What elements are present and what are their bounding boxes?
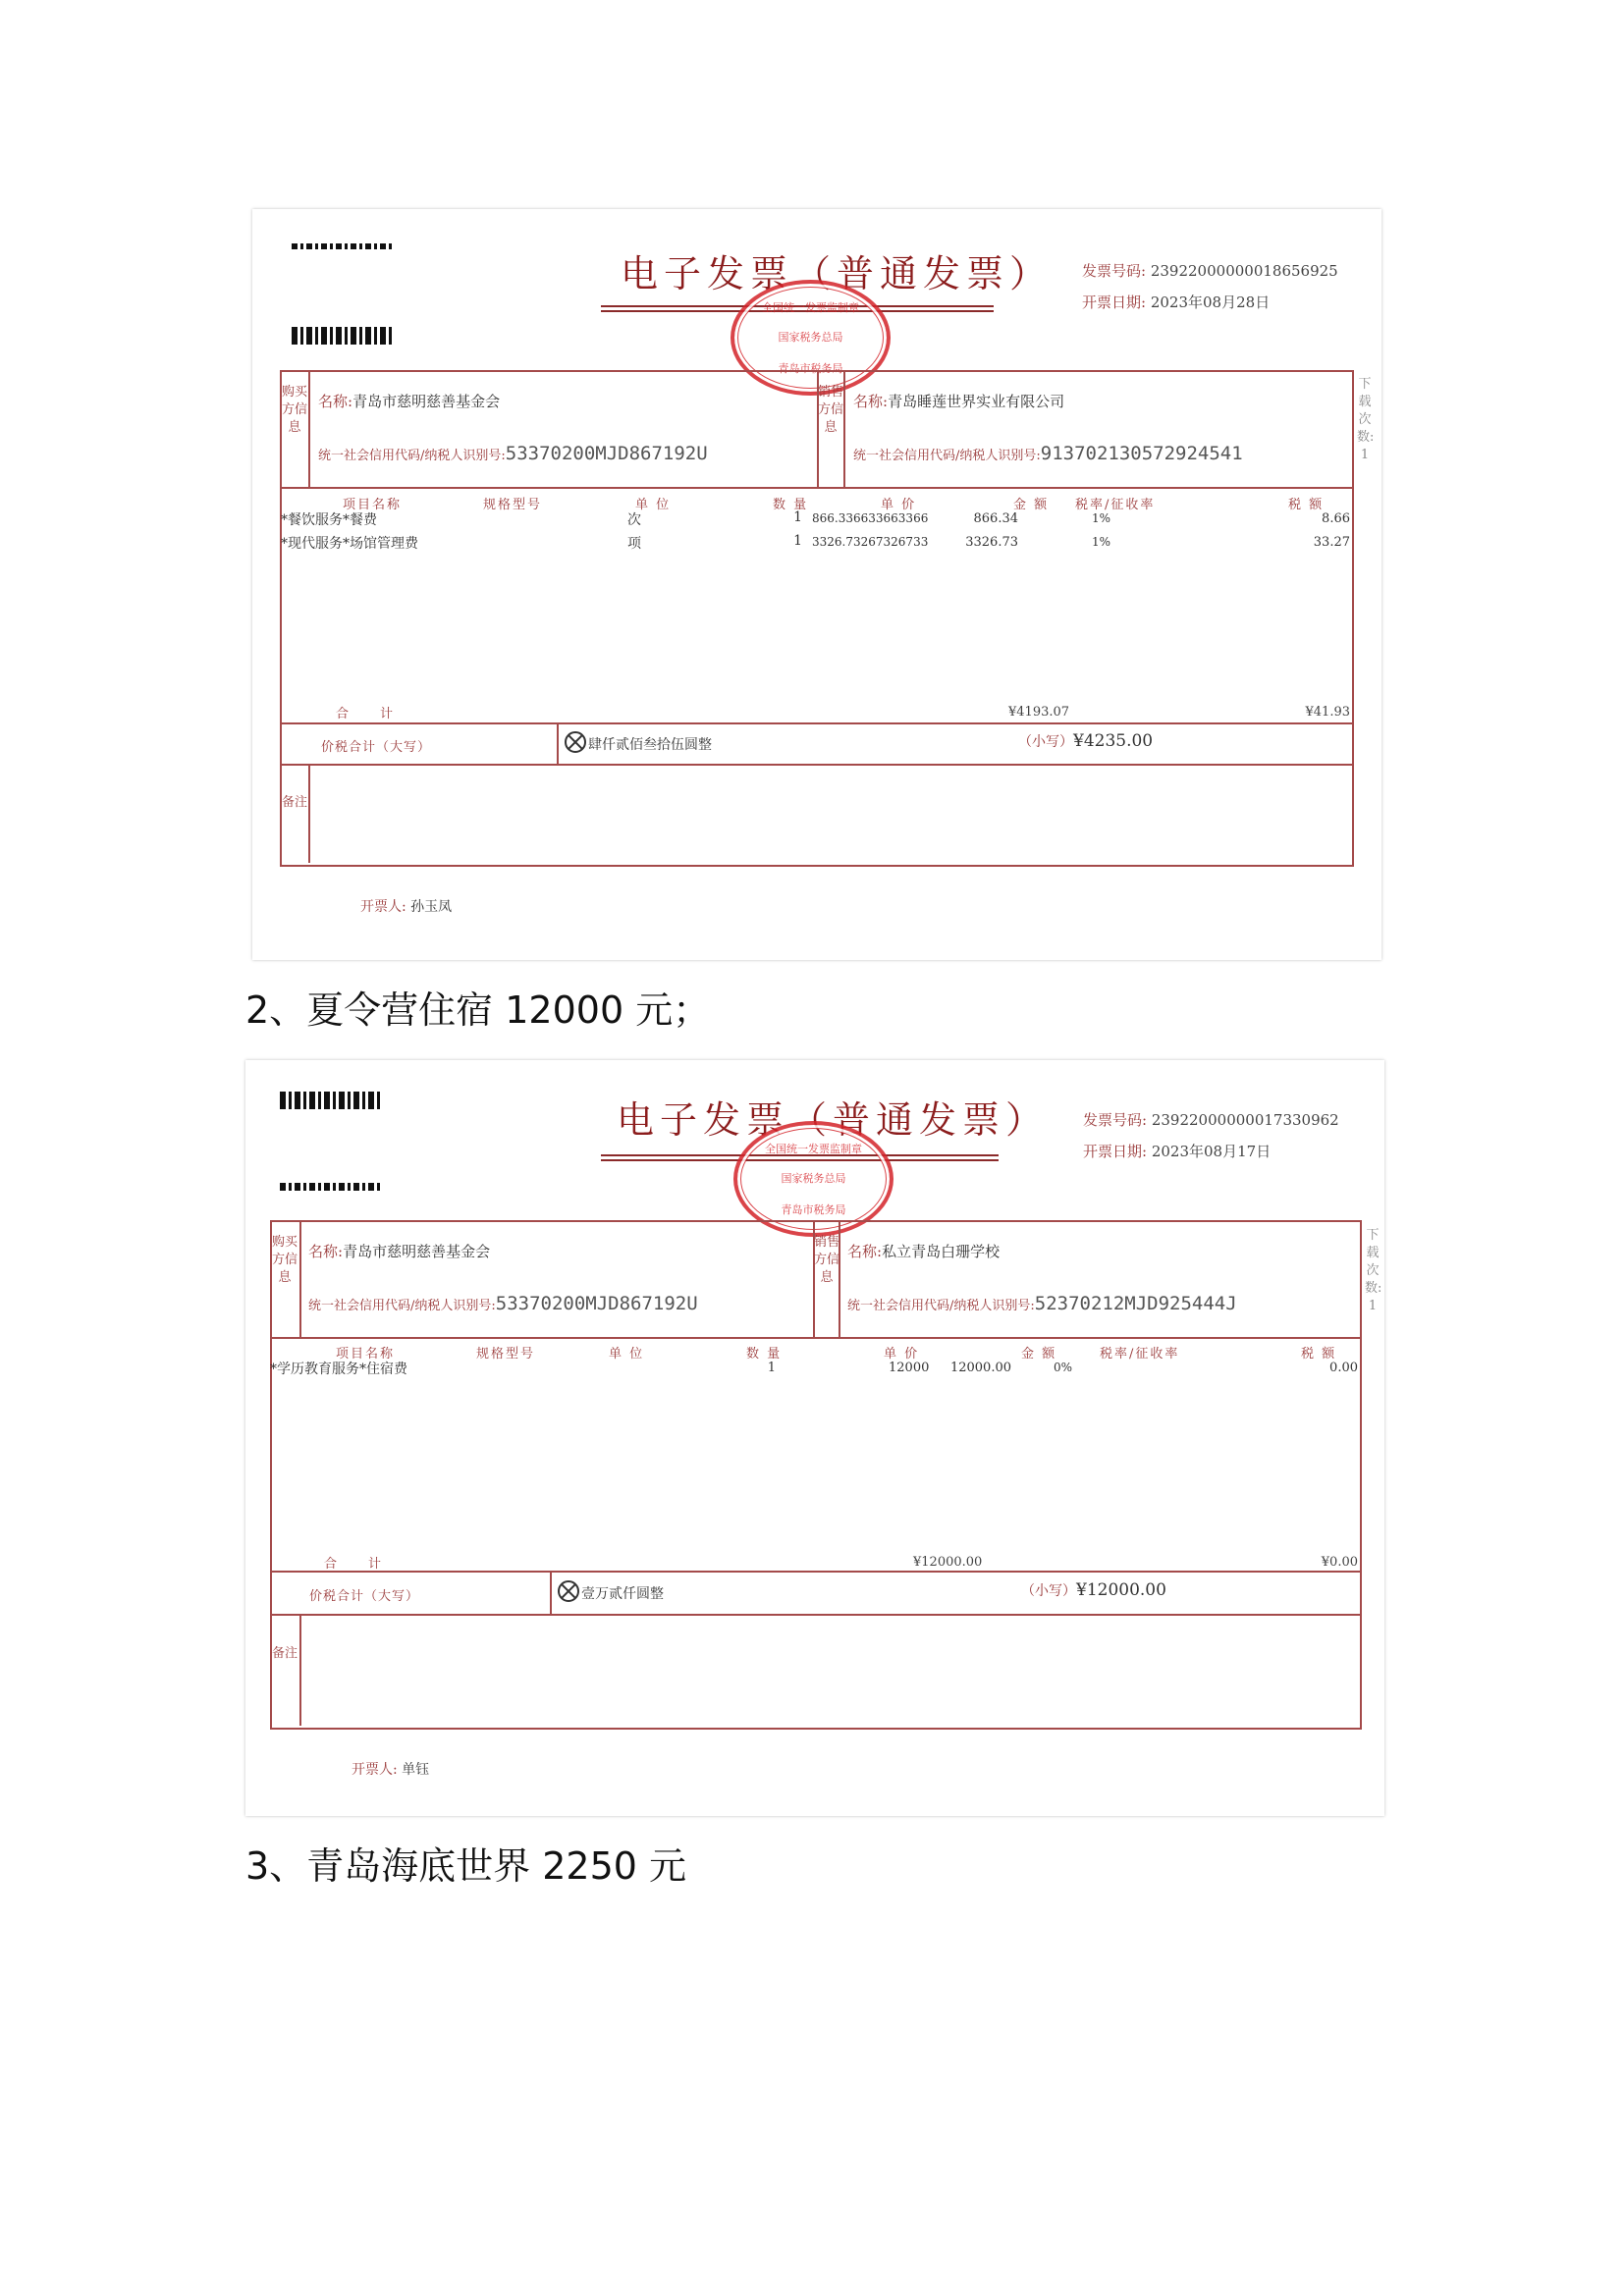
- seller-vertical-label: 销售方信息: [814, 1234, 839, 1287]
- cross-circle-icon: [558, 1580, 579, 1602]
- buyer-tax-id: 统一社会信用代码/纳税人识别号:53370200MJD867192U: [318, 443, 708, 464]
- section-heading-2: 2、夏令营住宿 12000 元；: [245, 980, 710, 1034]
- qr-code-icon: [292, 327, 395, 345]
- seller-name: 名称:私立青岛白珊学校: [847, 1241, 1000, 1261]
- qr-code-top-icon: [292, 243, 395, 249]
- invoice-date: 开票日期: 2023年08月28日: [1082, 292, 1270, 312]
- invoice-2: 电子发票（普通发票） 全国统一发票监制章 国家税务总局 青岛市税务局 发票号码:…: [245, 1060, 1384, 1816]
- total-amount: ¥4193.07: [1008, 705, 1069, 720]
- seller-name: 名称:青岛睡莲世界实业有限公司: [853, 391, 1064, 411]
- grand-total-small: （小写）¥12000.00: [1021, 1580, 1166, 1600]
- total-tax: ¥0.00: [1237, 1555, 1358, 1570]
- invoice-1: 电子发票（普通发票） 全国统一发票监制章 国家税务总局 青岛市税务局 发票号码:…: [252, 209, 1381, 960]
- buyer-vertical-label: 购买方信息: [272, 1234, 298, 1287]
- buyer-name: 名称:青岛市慈明慈善基金会: [318, 391, 500, 411]
- seller-tax-id: 统一社会信用代码/纳税人识别号:913702130572924541: [853, 443, 1243, 464]
- section-heading-3: 3、青岛海底世界 2250 元: [245, 1836, 686, 1890]
- download-count: 下载次数: 1: [1357, 376, 1373, 464]
- grand-total-caps: 壹万贰仟圆整: [558, 1580, 664, 1603]
- grand-total-caps-label: 价税合计（大写）: [321, 736, 431, 755]
- grand-total-caps: 肆仟贰佰叁拾伍圆整: [565, 731, 712, 754]
- buyer-vertical-label: 购买方信息: [282, 384, 307, 437]
- invoice-number: 发票号码: 23922000000018656925: [1082, 260, 1338, 281]
- grand-total-small: （小写）¥4235.00: [1018, 731, 1153, 751]
- issuer: 开票人: 孙玉凤: [360, 896, 452, 916]
- remarks-label: 备注: [282, 788, 307, 818]
- total-amount: ¥12000.00: [913, 1555, 982, 1570]
- qr-code-icon: [280, 1092, 383, 1109]
- remarks-label: 备注: [272, 1639, 298, 1669]
- seller-vertical-label: 销售方信息: [818, 384, 843, 437]
- grand-total-caps-label: 价税合计（大写）: [309, 1585, 419, 1604]
- issuer: 开票人: 单钰: [352, 1759, 429, 1779]
- invoice-date: 开票日期: 2023年08月17日: [1083, 1141, 1271, 1161]
- buyer-tax-id: 统一社会信用代码/纳税人识别号:53370200MJD867192U: [308, 1293, 698, 1314]
- total-label: 合 计: [336, 703, 395, 721]
- buyer-name: 名称:青岛市慈明慈善基金会: [308, 1241, 490, 1261]
- download-count: 下载次数: 1: [1365, 1227, 1380, 1315]
- cross-circle-icon: [565, 731, 586, 753]
- invoice-number: 发票号码: 23922000000017330962: [1083, 1109, 1339, 1130]
- qr-code-bottom-icon: [280, 1183, 383, 1191]
- total-tax: ¥41.93: [1234, 705, 1350, 720]
- seller-tax-id: 统一社会信用代码/纳税人识别号:52370212MJD925444J: [847, 1293, 1237, 1314]
- total-label: 合 计: [324, 1553, 383, 1572]
